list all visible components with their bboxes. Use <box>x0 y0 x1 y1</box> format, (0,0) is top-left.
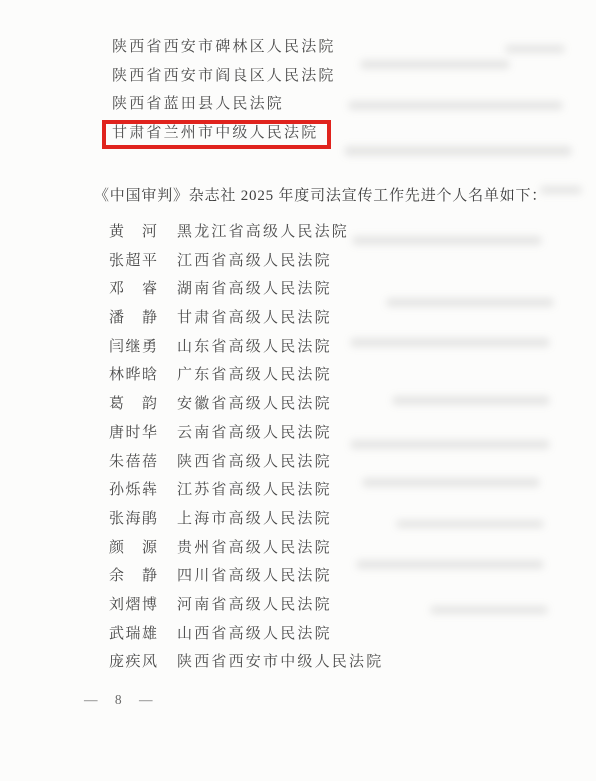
bleed-through-artifact <box>348 101 563 110</box>
awardee-row: 张超平 江西省高级人民法院 <box>109 247 383 276</box>
bleed-through-artifact <box>344 146 572 156</box>
awardee-name: 葛 韵 <box>109 390 165 419</box>
scanned-document-page: 陕西省西安市碑林区人民法院 陕西省西安市阎良区人民法院 陕西省蓝田县人民法院 甘… <box>0 0 596 781</box>
bleed-through-artifact <box>505 45 565 53</box>
awardee-name: 黄 河 <box>109 218 165 247</box>
awardee-court: 湖南省高级人民法院 <box>177 275 332 304</box>
awardee-row: 林晔晗 广东省高级人民法院 <box>109 361 383 390</box>
bleed-through-artifact <box>362 478 540 487</box>
page-number: — 8 — <box>84 691 160 709</box>
awardee-court: 上海市高级人民法院 <box>177 505 332 534</box>
awardee-name: 刘熠博 <box>109 591 165 620</box>
awardee-court: 江西省高级人民法院 <box>177 247 332 276</box>
awardee-court: 陕西省西安市中级人民法院 <box>177 648 383 677</box>
awardee-row: 朱蓓蓓 陕西省高级人民法院 <box>109 448 383 477</box>
awardee-name: 张超平 <box>109 247 165 276</box>
awardee-court: 贵州省高级人民法院 <box>177 534 332 563</box>
awardee-court: 广东省高级人民法院 <box>177 361 332 390</box>
awardee-row: 刘熠博 河南省高级人民法院 <box>109 591 383 620</box>
court-list-item: 陕西省西安市阎良区人民法院 <box>112 62 336 91</box>
awardee-row: 庞疾风 陕西省西安市中级人民法院 <box>109 648 383 677</box>
awardee-row: 黄 河 黑龙江省高级人民法院 <box>109 218 383 247</box>
awardee-name: 邓 睿 <box>109 275 165 304</box>
awardee-court: 山西省高级人民法院 <box>177 620 332 649</box>
awardee-court: 陕西省高级人民法院 <box>177 448 332 477</box>
awardee-name: 孙烁犇 <box>109 476 165 505</box>
awardee-row: 颜 源 贵州省高级人民法院 <box>109 534 383 563</box>
awardee-court: 安徽省高级人民法院 <box>177 390 332 419</box>
section-heading: 《中国审判》杂志社 2025 年度司法宣传工作先进个人名单如下： <box>94 186 547 206</box>
awardee-court: 河南省高级人民法院 <box>177 591 332 620</box>
awardee-row: 葛 韵 安徽省高级人民法院 <box>109 390 383 419</box>
awardee-row: 闫继勇 山东省高级人民法院 <box>109 333 383 362</box>
awardee-row: 武瑞雄 山西省高级人民法院 <box>109 620 383 649</box>
awardee-court: 云南省高级人民法院 <box>177 419 332 448</box>
awardee-row: 余 静 四川省高级人民法院 <box>109 562 383 591</box>
bleed-through-artifact <box>392 396 550 405</box>
bleed-through-artifact <box>356 560 544 569</box>
awardee-name: 唐时华 <box>109 419 165 448</box>
awardee-row: 邓 睿 湖南省高级人民法院 <box>109 275 383 304</box>
bleed-through-artifact <box>360 60 510 69</box>
awardee-row: 唐时华 云南省高级人民法院 <box>109 419 383 448</box>
court-list-item: 陕西省蓝田县人民法院 <box>112 90 336 119</box>
awardee-name: 庞疾风 <box>109 648 165 677</box>
awardee-court: 山东省高级人民法院 <box>177 333 332 362</box>
bleed-through-artifact <box>386 298 554 307</box>
awardee-name: 潘 静 <box>109 304 165 333</box>
awardee-name: 余 静 <box>109 562 165 591</box>
awardee-name: 闫继勇 <box>109 333 165 362</box>
awardee-row: 张海鹃 上海市高级人民法院 <box>109 505 383 534</box>
awardee-court: 黑龙江省高级人民法院 <box>177 218 349 247</box>
awardee-name: 张海鹃 <box>109 505 165 534</box>
awardee-list: 黄 河 黑龙江省高级人民法院 张超平 江西省高级人民法院 邓 睿 湖南省高级人民… <box>109 218 383 677</box>
awardee-court: 甘肃省高级人民法院 <box>177 304 332 333</box>
bleed-through-artifact <box>430 606 548 614</box>
court-list-item: 陕西省西安市碑林区人民法院 <box>112 33 336 62</box>
awardee-court: 江苏省高级人民法院 <box>177 476 332 505</box>
awardee-name: 朱蓓蓓 <box>109 448 165 477</box>
bleed-through-artifact <box>396 520 544 528</box>
red-highlight-box <box>102 120 331 149</box>
awardee-name: 武瑞雄 <box>109 620 165 649</box>
awardee-name: 林晔晗 <box>109 361 165 390</box>
awardee-name: 颜 源 <box>109 534 165 563</box>
awardee-row: 孙烁犇 江苏省高级人民法院 <box>109 476 383 505</box>
awardee-court: 四川省高级人民法院 <box>177 562 332 591</box>
awardee-row: 潘 静 甘肃省高级人民法院 <box>109 304 383 333</box>
